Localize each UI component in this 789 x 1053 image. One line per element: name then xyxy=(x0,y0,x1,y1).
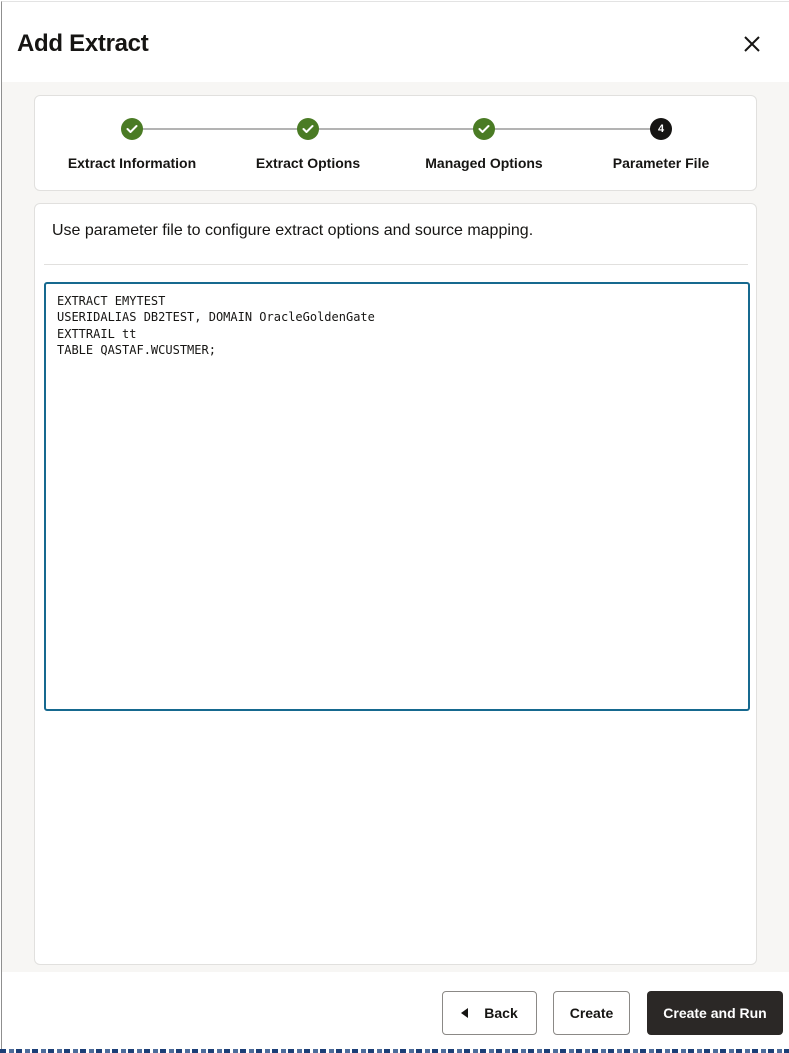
create-and-run-button[interactable]: Create and Run xyxy=(647,991,783,1035)
step-connector xyxy=(132,128,308,130)
close-button[interactable] xyxy=(740,32,764,56)
back-button[interactable]: Back xyxy=(442,991,537,1035)
back-button-label: Back xyxy=(484,1005,517,1021)
caret-left-icon xyxy=(461,1008,468,1018)
create-button[interactable]: Create xyxy=(553,991,630,1035)
dialog-body: Extract Information Extract Options Mana… xyxy=(2,82,789,972)
create-button-label: Create xyxy=(570,1005,614,1021)
step-label: Parameter File xyxy=(573,155,749,171)
step-connector xyxy=(484,128,661,130)
instructions-text: Use parameter file to configure extract … xyxy=(52,222,533,240)
dialog-header: Add Extract xyxy=(2,2,789,82)
step-train: Extract Information Extract Options Mana… xyxy=(34,95,757,191)
step-extract-information[interactable]: Extract Information xyxy=(44,96,220,192)
step-connector xyxy=(308,128,484,130)
create-and-run-button-label: Create and Run xyxy=(663,1005,766,1021)
close-icon xyxy=(743,35,761,53)
step-parameter-file[interactable]: 4 Parameter File xyxy=(573,96,749,192)
check-icon xyxy=(297,118,319,140)
divider xyxy=(44,264,748,265)
dialog-title: Add Extract xyxy=(17,30,148,58)
check-icon xyxy=(473,118,495,140)
background-page-edge xyxy=(0,1049,789,1053)
add-extract-dialog: Add Extract Extract Information Extrac xyxy=(1,1,789,1050)
step-label: Managed Options xyxy=(396,155,572,171)
step-extract-options[interactable]: Extract Options xyxy=(220,96,396,192)
dialog-footer: Back Create Create and Run xyxy=(2,972,789,1052)
check-icon xyxy=(121,118,143,140)
parameter-file-panel: Use parameter file to configure extract … xyxy=(34,203,757,965)
step-managed-options[interactable]: Managed Options xyxy=(396,96,572,192)
step-label: Extract Options xyxy=(220,155,396,171)
parameter-file-editor[interactable] xyxy=(44,282,750,711)
step-label: Extract Information xyxy=(44,155,220,171)
step-number-badge: 4 xyxy=(650,118,672,140)
